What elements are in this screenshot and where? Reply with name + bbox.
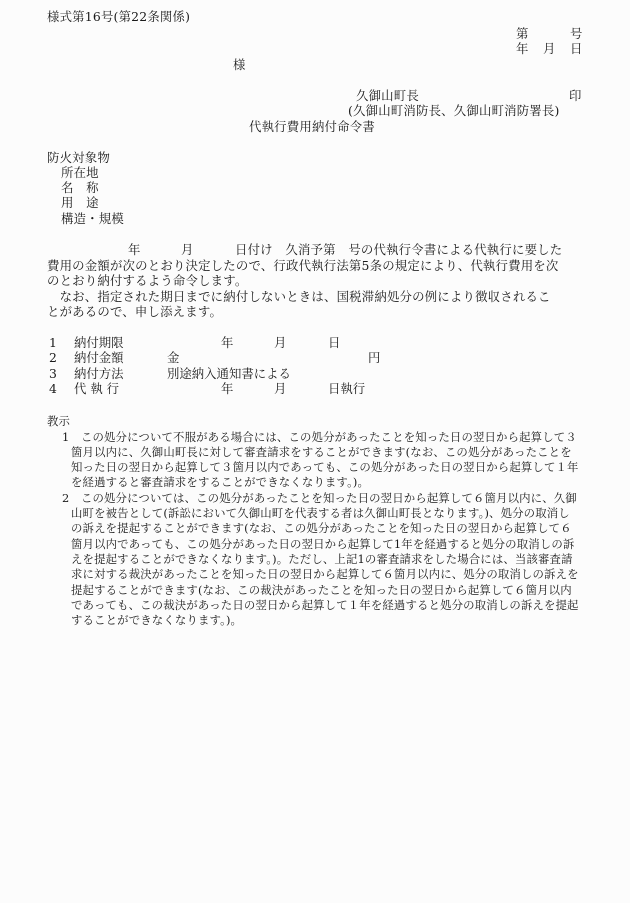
body-line-4: なお、指定された期日までに納付しないときは、国税滞納処分の例により徴収されるこ — [47, 289, 551, 305]
notice-2-line: 2 この処分については、この処分があったことを知った日の翌日から起算して６箇月以… — [62, 491, 577, 507]
item-number: 4 — [49, 381, 57, 397]
item-day-executed: 日執行 — [328, 381, 365, 397]
item-yen: 円 — [368, 350, 380, 366]
body-month: 月 — [181, 242, 194, 258]
date-day: 日 — [570, 41, 583, 57]
item-number: 3 — [49, 366, 57, 382]
form-label: 様式第16号(第22条関係) — [47, 9, 190, 25]
notice-1-line: 箇月以内に、久御山町長に対して審査請求をすることができます(なお、この処分があっ… — [71, 445, 572, 461]
notice-2-line: の訴えを提起することができます(なお、この処分があったことを知った日の翌日から起… — [71, 521, 572, 537]
target-field-location: 所在地 — [61, 165, 99, 181]
body-line-3: のとおり納付するよう命令します。 — [47, 273, 247, 289]
target-field-structure: 構造・規模 — [61, 211, 124, 227]
body-line-1: 日付け 久消予第 号の代執行令書による代執行に要した — [235, 242, 562, 258]
notice-2-line: であっても、この裁決があった日の翌日から起算して１年を経過すると処分の取消しの訴… — [71, 598, 579, 614]
body-line-2: 費用の金額が次のとおり決定したので、行政代執行法第5条の規定により、代執行費用を… — [47, 258, 558, 274]
notice-heading: 教示 — [47, 414, 70, 430]
notice-1-line: 知った日の翌日から起算して３箇月以内であっても、この処分があった日の翌日から起算… — [71, 460, 579, 476]
item-row-execution: 4 代 執 行 年 月 日執行 — [0, 381, 630, 397]
document-title: 代執行費用納付命令書 — [249, 119, 375, 135]
notice-1-line: を経過すると審査請求をすることができなくなります。)。 — [71, 475, 369, 491]
item-number: 2 — [49, 350, 57, 366]
item-row-method: 3 納付方法 別途納入通知書による — [0, 366, 630, 382]
item-month: 月 — [274, 335, 286, 351]
issuer-name: 久御山町長 — [356, 88, 419, 104]
target-field-name: 名 称 — [61, 180, 99, 196]
item-value: 別途納入通知書による — [167, 366, 291, 382]
item-month: 月 — [274, 381, 286, 397]
item-year: 年 — [221, 381, 233, 397]
notice-1-line: 1 この処分について不服がある場合には、この処分があったことを知った日の翌日から… — [62, 430, 577, 446]
notice-2-line: 求に対する裁決があったことを知った日の翌日から起算して６箇月以内に、処分の取消し… — [71, 567, 579, 583]
issuer-alternative: (久御山町消防長、久御山町消防署長) — [348, 103, 560, 119]
item-day: 日 — [328, 335, 340, 351]
item-value: 金 — [167, 350, 179, 366]
item-year: 年 — [221, 335, 233, 351]
body-year: 年 — [128, 242, 141, 258]
addressee-suffix: 様 — [233, 57, 246, 73]
item-label: 納付方法 — [74, 366, 124, 382]
item-row-deadline: 1 納付期限 年 月 日 — [0, 335, 630, 351]
target-heading: 防火対象物 — [47, 150, 110, 166]
body-line-5: とがあるので、申し添えます。 — [47, 304, 222, 320]
notice-2-line: 山町を被告として(訴訟において久御山町を代表する者は久御山町長となります。)、処… — [71, 506, 570, 522]
notice-2-line: 箇月以内であっても、この処分があった日の翌日から起算して1年を経過すると処分の取… — [71, 537, 574, 553]
document-number-prefix: 第 — [516, 26, 529, 42]
notice-2-line: 提起することができます(なお、この裁決があったことを知った日の翌日から起算して６… — [71, 583, 572, 599]
item-label: 納付金額 — [74, 350, 124, 366]
seal-mark: 印 — [569, 88, 582, 104]
item-number: 1 — [49, 335, 57, 351]
date-month: 月 — [543, 41, 556, 57]
notice-2-line: することができなくなります。)。 — [71, 613, 242, 629]
item-label: 代 執 行 — [74, 381, 119, 397]
item-label: 納付期限 — [74, 335, 124, 351]
date-year: 年 — [516, 41, 529, 57]
item-row-amount: 2 納付金額 金 円 — [0, 350, 630, 366]
document-number-suffix: 号 — [570, 26, 583, 42]
target-field-use: 用 途 — [61, 195, 99, 211]
notice-2-line: えを提起することができなくなります。)。ただし、上記1の審査請求をした場合には、… — [71, 552, 573, 568]
